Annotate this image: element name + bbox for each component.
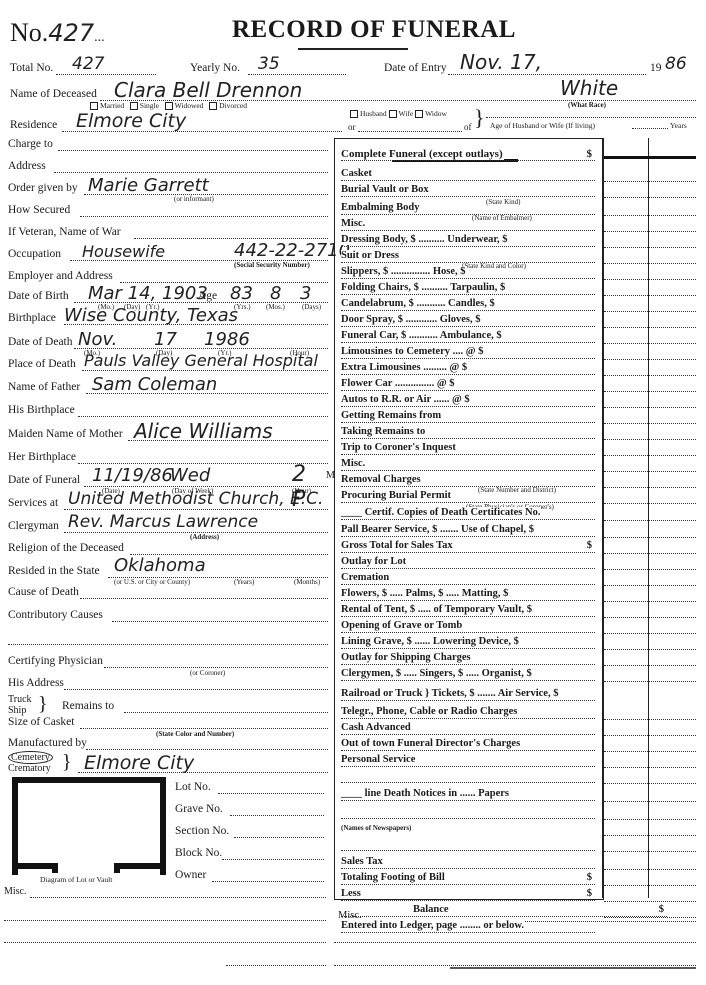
brace: }: [474, 107, 485, 129]
charge-row[interactable]: Removal Charges: [341, 474, 599, 490]
vault-hint: (State Kind): [486, 198, 520, 206]
charge-row[interactable]: Gross Total for Sales Tax$: [341, 540, 599, 556]
single-checkbox[interactable]: Single: [130, 101, 159, 110]
contributory-causes-field[interactable]: [112, 621, 328, 622]
misc-left-field-2[interactable]: [4, 920, 326, 921]
charge-row[interactable]: Outlay for Shipping Charges: [341, 652, 599, 668]
marital-status-options: Married Single Widowed Divorced: [90, 101, 247, 110]
charge-row[interactable]: Embalming Body: [341, 202, 599, 218]
of-label: of: [464, 122, 472, 132]
divorced-checkbox[interactable]: Divorced: [209, 101, 247, 110]
charge-row[interactable]: Door Spray, $ ............ Gloves, $: [341, 314, 599, 330]
or-label: or: [348, 122, 356, 132]
total-no-field[interactable]: 427: [72, 54, 104, 74]
amount-cell[interactable]: [604, 633, 696, 634]
amount-cell[interactable]: [604, 359, 696, 360]
amount-cell[interactable]: [604, 835, 696, 836]
cause-of-death-field[interactable]: [80, 598, 328, 599]
charge-row[interactable]: Autos to R.R. or Air ...... @ $: [341, 394, 599, 410]
amount-cell[interactable]: [604, 553, 696, 554]
permit-hint: (State Number and District): [478, 486, 556, 494]
charge-row[interactable]: (Names of Newspapers): [341, 822, 599, 838]
owner-label: Owner: [175, 869, 206, 881]
misc-right-field-2[interactable]: [334, 942, 696, 943]
husband-checkbox[interactable]: Husband: [350, 109, 387, 118]
race-hint: (What Race): [568, 101, 606, 109]
year-prefix: 19: [650, 62, 662, 74]
charge-row[interactable]: Pall Bearer Service, $ ....... Use of Ch…: [341, 524, 599, 540]
dollar-sign: $: [587, 872, 593, 883]
lot-no-label: Lot No.: [175, 781, 211, 793]
amount-cell[interactable]: [604, 423, 696, 424]
dollar-sign: $: [659, 904, 665, 915]
veteran-field[interactable]: [134, 238, 328, 239]
amount-cell[interactable]: [604, 885, 696, 886]
block-no-field[interactable]: [222, 859, 324, 860]
amount-cell[interactable]: [604, 751, 696, 752]
charge-row[interactable]: Folding Chairs, $ .......... Tarpaulin, …: [341, 282, 599, 298]
year-field[interactable]: 86: [665, 54, 687, 74]
record-number-value[interactable]: 427: [48, 19, 94, 47]
how-secured-field[interactable]: [80, 216, 328, 217]
lot-diagram: [12, 777, 166, 875]
wife-checkbox[interactable]: Wife: [389, 109, 414, 118]
amount-cell[interactable]: [604, 585, 696, 586]
his-birthplace-field[interactable]: [78, 416, 328, 417]
charge-row[interactable]: Cash Advanced: [341, 722, 599, 738]
block-no-label: Block No.: [175, 847, 222, 859]
amount-cell[interactable]: [604, 375, 696, 376]
crematory-option[interactable]: Crematory: [8, 763, 51, 774]
amount-cell[interactable]: [604, 681, 696, 682]
amount-cell[interactable]: [604, 719, 696, 720]
amount-cell[interactable]: [604, 247, 696, 248]
remains-to-field[interactable]: [124, 712, 328, 713]
charge-row[interactable]: Railroad or Truck } Tickets, $ ....... A…: [341, 688, 599, 704]
address-field[interactable]: [54, 172, 328, 173]
charge-row[interactable]: Dressing Body, $ .......... Underwear, $: [341, 234, 599, 250]
diagram-caption: Diagram of Lot or Vault: [40, 875, 112, 884]
amount-cell[interactable]: [604, 520, 696, 521]
amount-cell[interactable]: [604, 649, 696, 650]
amount-cell[interactable]: [604, 295, 696, 296]
dollar-sign: $: [587, 148, 594, 160]
total-no-label: Total No.: [10, 62, 53, 74]
charge-row[interactable]: [341, 770, 599, 786]
amount-header-rule: [604, 156, 696, 159]
spouse-age-label: Age of Husband or Wife (If living): [490, 121, 595, 130]
age-years[interactable]: 83: [230, 283, 253, 304]
charge-row[interactable]: Getting Remains from: [341, 410, 599, 426]
spouse-options: Husband Wife Widow: [350, 109, 447, 118]
amount-cell[interactable]: [604, 487, 696, 488]
charge-row[interactable]: Misc.: [341, 458, 599, 474]
amount-cell[interactable]: [604, 407, 696, 408]
manufactured-by-field[interactable]: [86, 749, 328, 750]
charge-row[interactable]: [341, 806, 599, 822]
residence-label: Residence: [10, 119, 57, 131]
charge-row[interactable]: Totaling Footing of Bill$: [341, 872, 599, 888]
size-of-casket-field[interactable]: [80, 728, 328, 729]
charge-row[interactable]: Out of town Funeral Director's Charges: [341, 738, 599, 754]
amount-cell[interactable]: [604, 391, 696, 392]
suit-hint: (State Kind and Color): [462, 262, 526, 270]
charge-row[interactable]: Rental of Tent, $ ..... of Temporary Vau…: [341, 604, 599, 620]
charge-row[interactable]: Candelabrum, $ ........... Candles, $: [341, 298, 599, 314]
record-number-label: No.: [10, 18, 48, 47]
section-no-label: Section No.: [175, 825, 229, 837]
amount-cell[interactable]: [604, 801, 696, 802]
amount-cell[interactable]: [604, 783, 696, 784]
charge-row[interactable]: Complete Funeral (except outlays)$: [341, 148, 599, 164]
charge-row[interactable]: Clergymen, $ ..... Singers, $ ..... Orga…: [341, 668, 599, 684]
amount-cell[interactable]: [604, 617, 696, 618]
ssn-field[interactable]: 442-22-2710: [234, 240, 350, 261]
residence-field[interactable]: Elmore City: [76, 110, 186, 132]
amount-cell[interactable]: [604, 231, 696, 232]
charge-row[interactable]: Telegr., Phone, Cable or Radio Charges: [341, 706, 599, 722]
amount-cell[interactable]: [604, 215, 696, 216]
grave-no-field[interactable]: [230, 815, 324, 816]
amount-cell[interactable]: [604, 343, 696, 344]
charge-row[interactable]: Outlay for Lot: [341, 556, 599, 572]
amount-cell[interactable]: [604, 851, 696, 852]
charge-row[interactable]: Casket: [341, 168, 599, 184]
widow-checkbox[interactable]: Widow: [415, 109, 447, 118]
amount-cell[interactable]: [604, 601, 696, 602]
charge-row[interactable]: Lining Grave, $ ...... Lowering Device, …: [341, 636, 599, 652]
charge-row[interactable]: Flower Car ............... @ $: [341, 378, 599, 394]
amount-cell[interactable]: [604, 471, 696, 472]
yearly-no-label: Yearly No.: [190, 62, 240, 74]
charge-row[interactable]: Funeral Car, $ ........... Ambulance, $: [341, 330, 599, 346]
owner-field[interactable]: [212, 881, 324, 882]
lot-no-field[interactable]: [218, 793, 324, 794]
charge-row[interactable]: Limousines to Cemetery .... @ $: [341, 346, 599, 362]
yearly-no-field[interactable]: 35: [258, 54, 280, 74]
misc-left-field-3[interactable]: [4, 942, 326, 943]
charge-to-field[interactable]: [58, 150, 328, 151]
his-address-field[interactable]: [64, 689, 328, 690]
services-at-field[interactable]: [64, 509, 328, 510]
amount-cell[interactable]: [604, 869, 696, 870]
misc-left-field-4[interactable]: [226, 965, 326, 966]
race-field[interactable]: White: [560, 76, 618, 100]
charge-row[interactable]: Personal Service: [341, 754, 599, 770]
charge-row[interactable]: ____ line Death Notices in ...... Papers: [341, 788, 599, 804]
page-title: RECORD OF FUNERAL: [232, 16, 516, 44]
widowed-checkbox[interactable]: Widowed: [165, 101, 204, 110]
amount-cell[interactable]: [604, 819, 696, 820]
charge-row[interactable]: Cremation: [341, 572, 599, 588]
misc-left-field[interactable]: [30, 897, 326, 898]
amount-cell[interactable]: [604, 735, 696, 736]
age-days[interactable]: 3: [300, 283, 311, 304]
dollar-sign: $: [587, 540, 593, 551]
amount-cell[interactable]: [604, 917, 696, 918]
amount-cell[interactable]: [604, 181, 696, 182]
age-months[interactable]: 8: [270, 283, 281, 304]
embalmer-hint: (Name of Embalmer): [472, 214, 532, 222]
charge-row[interactable]: Burial Vault or Box: [341, 184, 599, 200]
her-birthplace-field[interactable]: [78, 463, 328, 464]
amount-cell[interactable]: [604, 537, 696, 538]
amount-cell[interactable]: [604, 665, 696, 666]
charge-row[interactable]: Extra Limousines ......... @ $: [341, 362, 599, 378]
charge-row[interactable]: Less$: [341, 888, 599, 904]
misc-left-label: Misc.: [4, 886, 27, 897]
place-of-death-field[interactable]: [82, 370, 328, 371]
charge-row[interactable]: Entered into Ledger, page ........ or be…: [341, 920, 599, 936]
amount-cell[interactable]: [604, 439, 696, 440]
years-label: Years: [670, 121, 687, 130]
amount-cell[interactable]: [604, 197, 696, 198]
charge-row[interactable]: Taking Remains to: [341, 426, 599, 442]
misc-right-field-3[interactable]: [334, 965, 696, 966]
charge-row[interactable]: Opening of Grave or Tomb: [341, 620, 599, 636]
amount-cell[interactable]: [604, 901, 696, 902]
certifying-physician-field[interactable]: [104, 667, 328, 668]
dollar-sign: $: [587, 888, 593, 899]
charge-row[interactable]: Trip to Coroner's Inquest: [341, 442, 599, 458]
charge-row[interactable]: [341, 838, 599, 854]
record-number: No.427...: [10, 18, 105, 48]
charge-row[interactable]: Misc.: [341, 218, 599, 234]
amount-cell[interactable]: [604, 503, 696, 504]
grave-no-label: Grave No.: [175, 803, 223, 815]
amount-cell[interactable]: [604, 311, 696, 312]
charge-row[interactable]: Flowers, $ ..... Palms, $ ..... Matting,…: [341, 588, 599, 604]
name-of-deceased-label: Name of Deceased: [10, 88, 97, 100]
contributory-causes-field-2[interactable]: [8, 644, 328, 645]
date-of-entry-label: Date of Entry: [384, 62, 447, 74]
date-of-entry-field[interactable]: Nov. 17,: [460, 50, 542, 74]
name-of-deceased-field[interactable]: Clara Bell Drennon: [114, 78, 302, 102]
section-no-field[interactable]: [234, 837, 324, 838]
amount-cell[interactable]: [604, 327, 696, 328]
amount-cell[interactable]: [604, 455, 696, 456]
amount-cell[interactable]: [604, 263, 696, 264]
amount-cell[interactable]: [604, 279, 696, 280]
title-underline: [298, 48, 408, 50]
amount-cell[interactable]: [604, 569, 696, 570]
amount-cell[interactable]: [604, 767, 696, 768]
charge-row[interactable]: Sales Tax: [341, 856, 599, 872]
married-checkbox[interactable]: Married: [90, 101, 124, 110]
charge-row[interactable]: ____ Certif. Copies of Death Certificate…: [341, 507, 599, 523]
